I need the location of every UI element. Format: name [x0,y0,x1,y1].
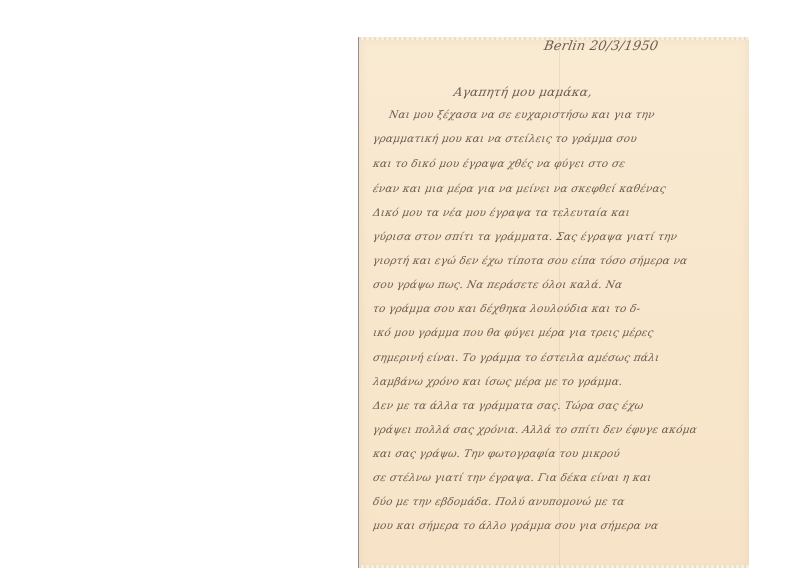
letter-line: και το δικό μου έγραψα χθές να φύγει στο… [372,158,742,170]
scanned-page: Berlin 20/3/1950 Αγαπητή μου μαμάκα, Ναι… [0,0,800,581]
letter-paper: Berlin 20/3/1950 Αγαπητή μου μαμάκα, Ναι… [358,37,749,568]
letter-line: γράψει πολλά σας χρόνια. Αλλά το σπίτι δ… [372,424,742,436]
letter-line: σου γράψω πως. Να περάσετε όλοι καλά. Να [372,279,742,291]
letter-line: Ναι μου ξέχασα να σε ευχαριστήσω και για… [388,109,742,121]
letter-line: Δικό μου τα νέα μου έγραψα τα τελευταία … [372,207,742,219]
place-date-header: Berlin 20/3/1950 [543,39,660,54]
letter-line: λαμβάνω χρόνο και ίσως μέρα με το γράμμα… [372,376,742,388]
letter-line: σημερινή είναι. Το γράμμα το έστειλα αμέ… [372,352,742,364]
letter-line: σε στέλνω γιατί την έγραψα. Για δέκα είν… [372,472,742,484]
letter-line: μου και σήμερα το άλλο γράμμα σου για σή… [372,520,742,532]
letter-line: γύρισα στον σπίτι τα γράμματα. Σας έγραψ… [372,231,742,243]
letter-line: γραμματική μου και να στείλεις το γράμμα… [372,133,742,145]
letter-line: ικό μου γράμμα που θα φύγει μέρα για τρε… [372,327,742,339]
letter-line: δύο με την εβδομάδα. Πολύ ανυπομονώ με τ… [372,496,742,508]
salutation: Αγαπητή μου μαμάκα, [453,85,594,99]
letter-line: το γράμμα σου και δέχθηκα λουλούδια και … [372,303,742,315]
letter-line: Δεν με τα άλλα τα γράμματα σας. Τώρα σας… [372,400,742,412]
letter-line: γιορτή και εγώ δεν έχω τίποτα σου είπα τ… [372,255,742,267]
letter-line: έναν και μια μέρα για να μείνει να σκεφθ… [372,183,742,195]
letter-line: και σας γράψω. Την φωτογραφία του μικρού [372,448,742,460]
